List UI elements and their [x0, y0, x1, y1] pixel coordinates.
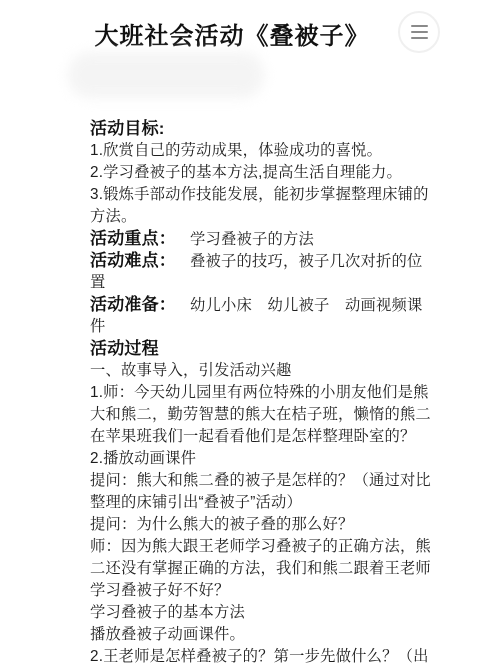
text-line: 置 — [90, 272, 435, 294]
content-lines: 活动目标:1.欣赏自己的劳动成果，体验成功的喜悦。2.学习叠被子的基本方法,提高… — [90, 118, 435, 667]
line-text: 提问：熊大和熊二叠的被子是怎样的？（通过对比 — [90, 472, 431, 489]
text-line: 学习叠被子的基本方法 — [90, 602, 435, 624]
text-line: 件 — [90, 316, 435, 338]
text-line: 整理的床铺引出“叠被子”活动） — [90, 492, 435, 514]
line-text: 1.欣赏自己的劳动成果，体验成功的喜悦。 — [90, 142, 382, 159]
text-line: 在苹果班我们一起看看他们是怎样整理卧室的？ — [90, 426, 435, 448]
line-text: 大和熊二，勤劳智慧的熊大在桔子班，懒惰的熊二 — [90, 406, 431, 423]
line-text: 2.学习叠被子的基本方法,提高生活自理能力。 — [90, 164, 402, 181]
text-line: 播放叠被子动画课件。 — [90, 624, 435, 646]
line-text: 师：因为熊大跟王老师学习叠被子的正确方法，熊 — [90, 538, 431, 555]
line-text: 2.播放动画课件 — [90, 450, 196, 467]
text-line: 1.欣赏自己的劳动成果，体验成功的喜悦。 — [90, 140, 435, 162]
section-line: 活动难点：叠被子的技巧，被子几次对折的位 — [90, 250, 435, 272]
section-line: 活动重点：学习叠被子的方法 — [90, 228, 435, 250]
line-text: 1.师：今天幼儿园里有两位特殊的小朋友他们是熊 — [90, 384, 429, 401]
blurred-watermark — [68, 52, 264, 98]
text-line: 师：因为熊大跟王老师学习叠被子的正确方法，熊 — [90, 536, 435, 558]
text-line: 2.播放动画课件 — [90, 448, 435, 470]
text-line: 提问：为什么熊大的被子叠的那么好？ — [90, 514, 435, 536]
section-heading: 活动准备： — [90, 295, 176, 314]
line-text: 叠被子的技巧，被子几次对折的位 — [190, 253, 422, 270]
text-line: 2.学习叠被子的基本方法,提高生活自理能力。 — [90, 162, 435, 184]
text-line: 3.锻炼手部动作技能发展，能初步掌握整理床铺的 — [90, 184, 435, 206]
section-heading: 活动目标: — [90, 119, 165, 138]
section-heading: 活动过程 — [90, 339, 159, 358]
line-text: 在苹果班我们一起看看他们是怎样整理卧室的？ — [90, 428, 415, 445]
section-heading: 活动难点： — [90, 251, 176, 270]
text-line: 2.王老师是怎样叠被子的？第一步先做什么？（出 — [90, 646, 435, 667]
line-text: 2.王老师是怎样叠被子的？第一步先做什么？（出 — [90, 648, 429, 665]
line-text: 置 — [90, 274, 106, 291]
line-text: 学习叠被子的基本方法 — [90, 604, 245, 621]
line-text: 方法。 — [90, 208, 137, 225]
section-line: 活动目标: — [90, 118, 435, 140]
page-header: 大班社会活动《叠被子》 — [0, 16, 464, 51]
line-text: 整理的床铺引出“叠被子”活动） — [90, 494, 302, 511]
line-text: 二还没有掌握正确的方法，我们和熊二跟着王老师 — [90, 560, 431, 577]
line-text: 学习叠被子的方法 — [190, 231, 314, 248]
document-body: 活动目标:1.欣赏自己的劳动成果，体验成功的喜悦。2.学习叠被子的基本方法,提高… — [90, 118, 435, 667]
line-text: 播放叠被子动画课件。 — [90, 626, 245, 643]
line-text: 学习叠被子好不好？ — [90, 582, 229, 599]
menu-button[interactable] — [398, 11, 440, 53]
line-text: 件 — [90, 318, 106, 335]
text-line: 一、故事导入，引发活动兴趣 — [90, 360, 435, 382]
section-heading: 活动重点： — [90, 229, 176, 248]
section-line: 活动过程 — [90, 338, 435, 360]
text-line: 大和熊二，勤劳智慧的熊大在桔子班，懒惰的熊二 — [90, 404, 435, 426]
text-line: 提问：熊大和熊二叠的被子是怎样的？（通过对比 — [90, 470, 435, 492]
page-title: 大班社会活动《叠被子》 — [95, 23, 370, 50]
text-line: 二还没有掌握正确的方法，我们和熊二跟着王老师 — [90, 558, 435, 580]
line-text: 提问：为什么熊大的被子叠的那么好？ — [90, 516, 353, 533]
hamburger-menu-icon — [411, 21, 428, 42]
line-text: 3.锻炼手部动作技能发展，能初步掌握整理床铺的 — [90, 186, 429, 203]
line-text: 一、故事导入，引发活动兴趣 — [90, 362, 291, 379]
section-line: 活动准备：幼儿小床 幼儿被子 动画视频课 — [90, 294, 435, 316]
line-text: 幼儿小床 幼儿被子 动画视频课 — [190, 297, 422, 314]
text-line: 1.师：今天幼儿园里有两位特殊的小朋友他们是熊 — [90, 382, 435, 404]
text-line: 学习叠被子好不好？ — [90, 580, 435, 602]
text-line: 方法。 — [90, 206, 435, 228]
